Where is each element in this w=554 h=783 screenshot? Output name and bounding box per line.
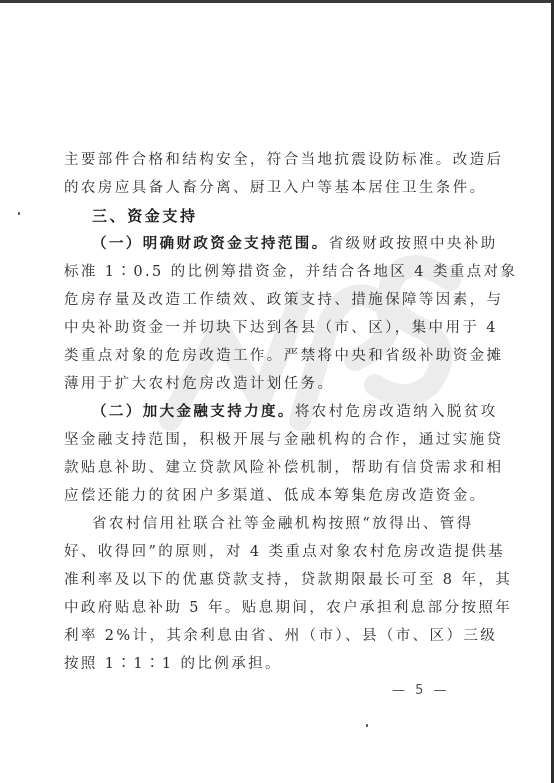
subsection-2-title: （二）加大金融支持力度。 bbox=[92, 403, 295, 420]
scan-speck bbox=[366, 724, 368, 727]
page-number: — 5 — bbox=[392, 683, 450, 698]
body-text-line: 主要部件合格和结构安全，符合当地抗震设防标准。改造后 bbox=[64, 150, 490, 170]
body-text-line: 好、收得回”的原则，对 4 类重点对象农村危房改造提供基 bbox=[64, 542, 490, 562]
body-text-line: 按照 1∶1∶1 的比例承担。 bbox=[64, 654, 490, 674]
scan-speck bbox=[18, 212, 20, 215]
body-text-line: 薄用于扩大农村危房改造计划任务。 bbox=[64, 374, 490, 394]
subsection-2-text: 将农村危房改造纳入脱贫攻 bbox=[295, 404, 498, 420]
subsection-1-first-line: （一）明确财政资金支持范围。省级财政按照中央补助 bbox=[92, 234, 490, 254]
subsection-1-title: （一）明确财政资金支持范围。 bbox=[92, 235, 329, 252]
paragraph-3-first-line: 省农村信用社联合社等金融机构按照“放得出、管得 bbox=[92, 514, 490, 534]
section-heading: 三、资金支持 bbox=[92, 206, 490, 226]
body-text-line: 标准 1∶0.5 的比例筹措资金，并结合各地区 4 类重点对象 bbox=[64, 262, 490, 282]
body-text-line: 款贴息补助、建立贷款风险补偿机制，帮助有信贷需求和相 bbox=[64, 458, 490, 478]
subsection-1-text: 省级财政按照中央补助 bbox=[329, 236, 498, 252]
body-text-line: 危房存量及改造工作绩效、政策支持、措施保障等因素，与 bbox=[64, 290, 490, 310]
body-text-line: 坚金融支持范围，积极开展与金融机构的合作，通过实施贷 bbox=[64, 430, 490, 450]
body-text-line: 应偿还能力的贫困户多渠道、低成本筹集危房改造资金。 bbox=[64, 486, 490, 506]
body-text-line: 的农房应具备人畜分离、厨卫入户等基本居住卫生条件。 bbox=[64, 178, 490, 198]
body-text-line: 类重点对象的危房改造工作。严禁将中央和省级补助资金摊 bbox=[64, 346, 490, 366]
body-text-line: 中政府贴息补助 5 年。贴息期间，农户承担利息部分按照年 bbox=[64, 598, 490, 618]
subsection-2-first-line: （二）加大金融支持力度。将农村危房改造纳入脱贫攻 bbox=[92, 402, 490, 422]
body-text-line: 准利率及以下的优惠贷款支持，贷款期限最长可至 8 年，其 bbox=[64, 570, 490, 590]
document-page: 主要部件合格和结构安全，符合当地抗震设防标准。改造后 的农房应具备人畜分离、厨卫… bbox=[0, 0, 554, 783]
body-text-line: 利率 2%计，其余利息由省、州（市）、县（市、区）三级 bbox=[64, 626, 490, 646]
body-text-line: 中央补助资金一并切块下达到各县（市、区），集中用于 4 bbox=[64, 318, 490, 338]
